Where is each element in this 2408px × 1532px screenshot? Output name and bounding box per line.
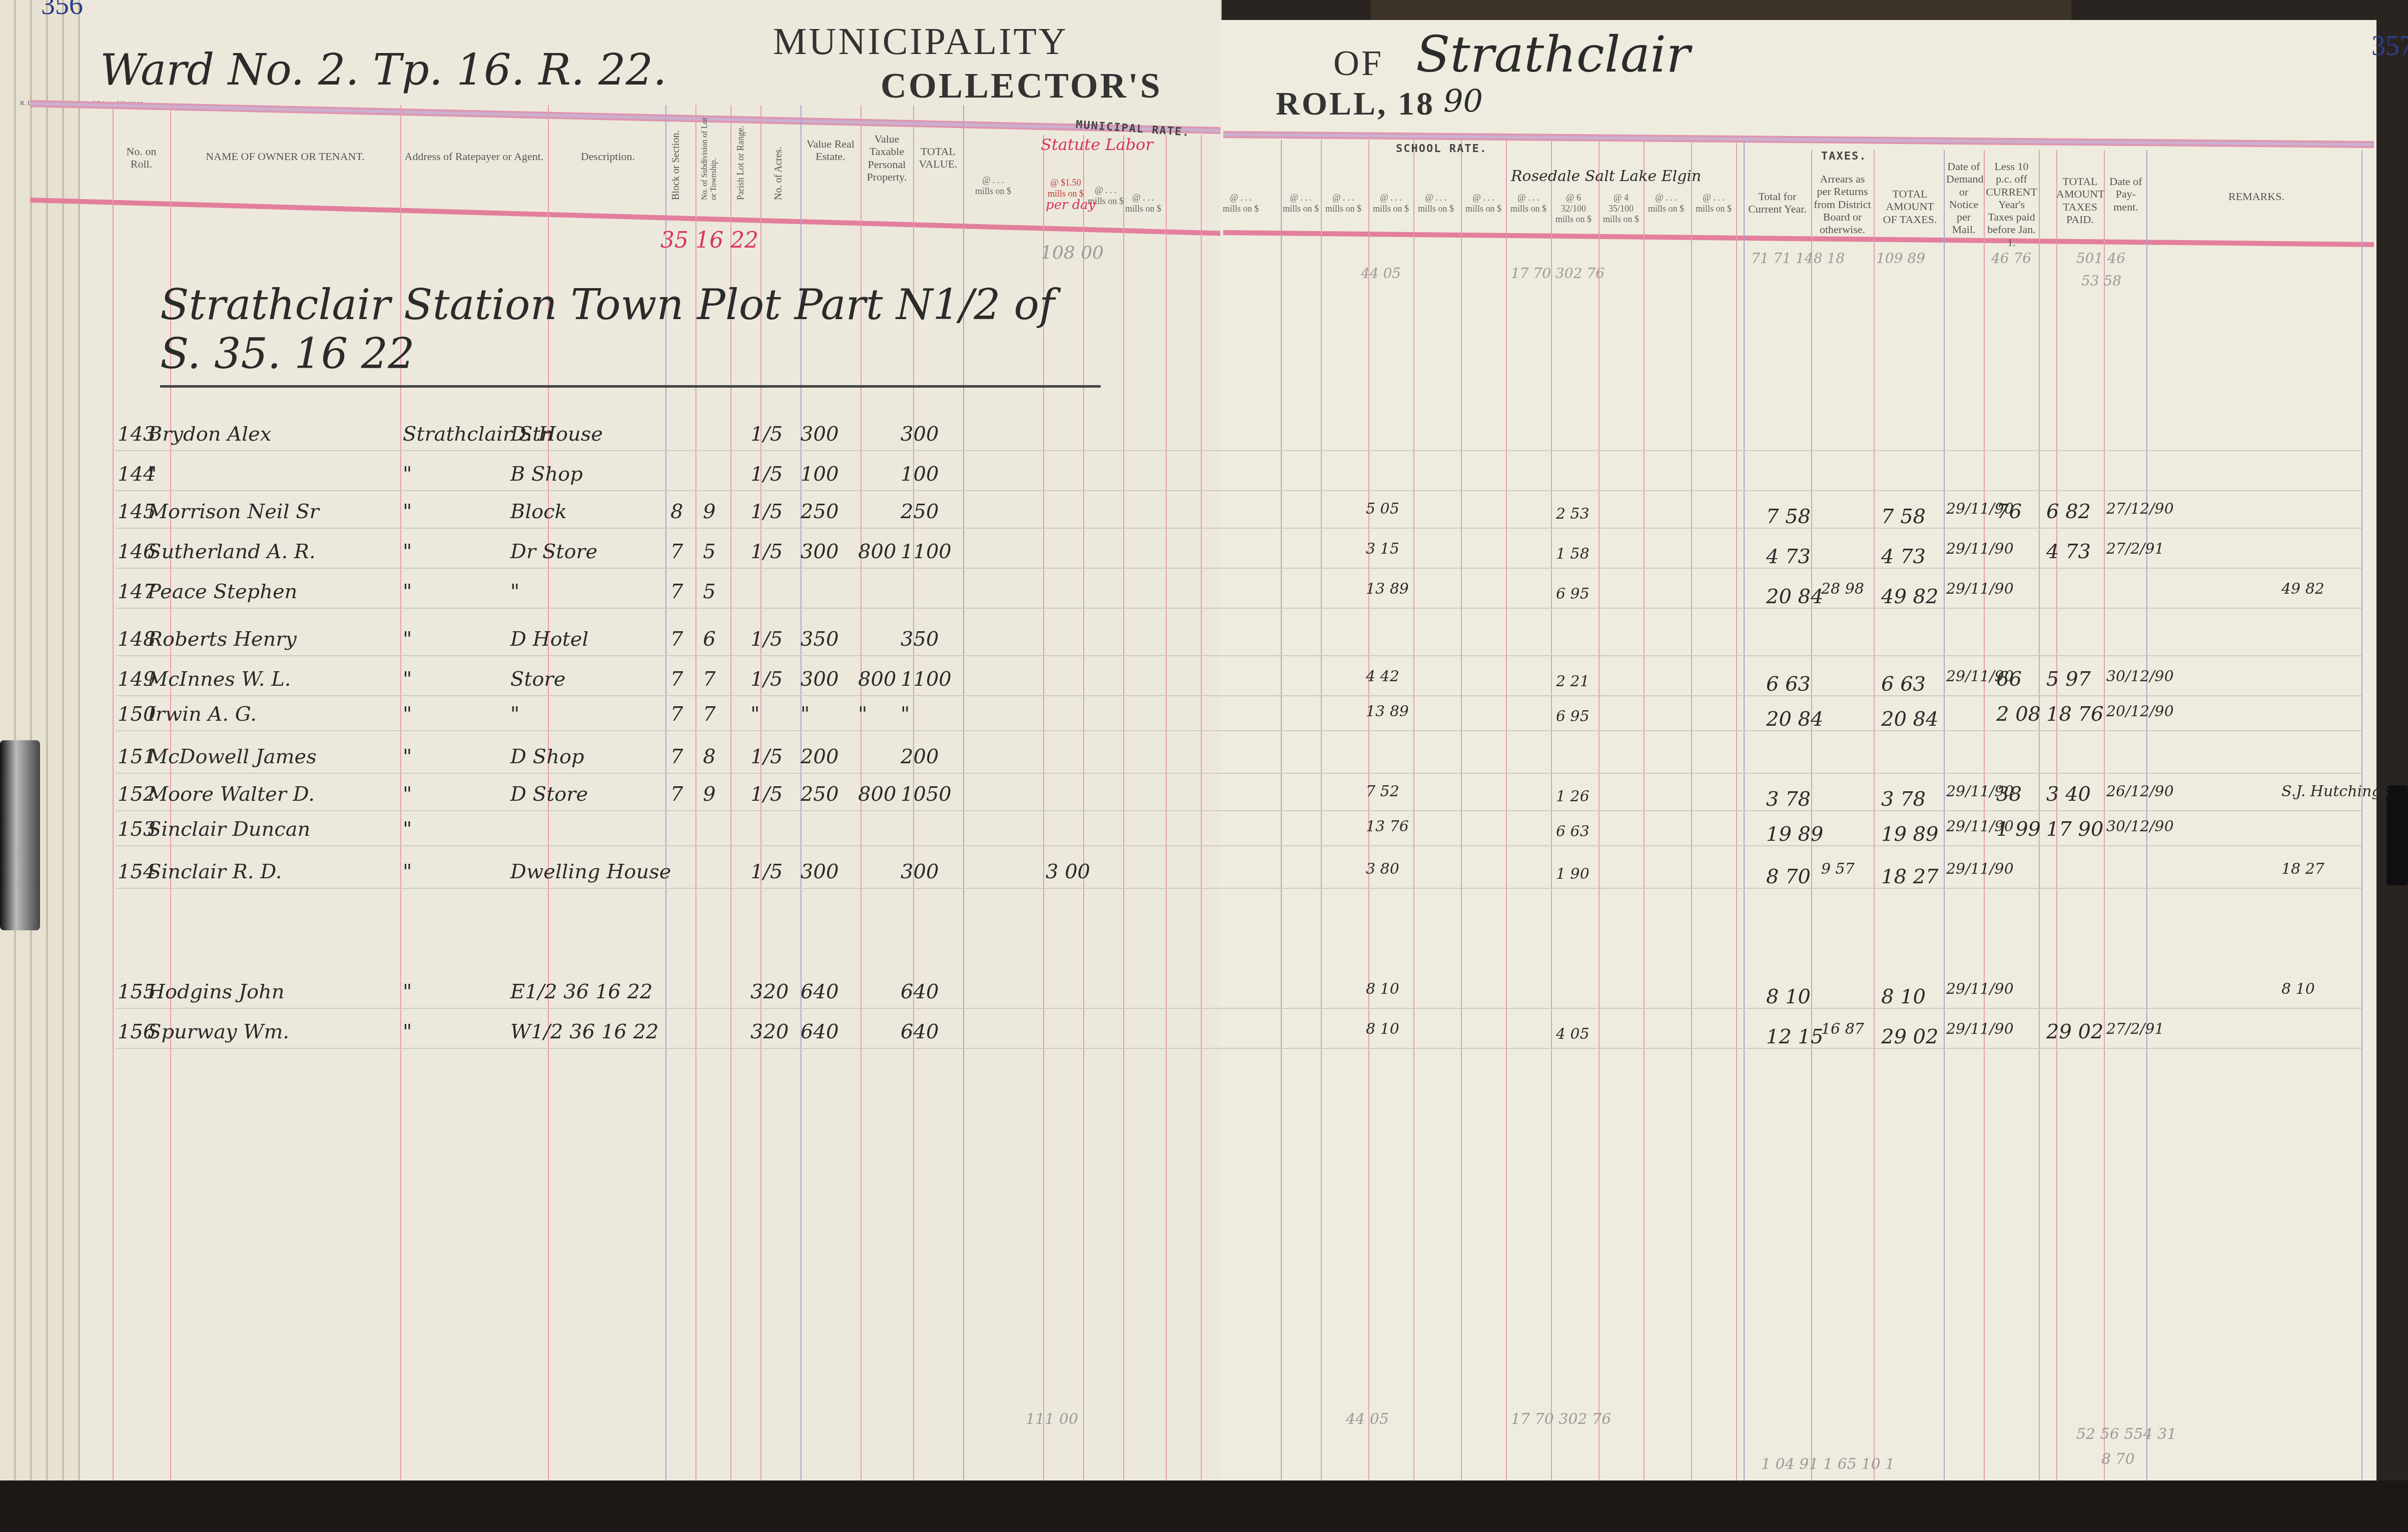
school-rate-amount: 3 15 <box>1366 540 1399 558</box>
acres: 1/5 <box>750 745 782 768</box>
total-amount-taxes: 6 63 <box>1881 673 1926 696</box>
date-of-payment: 27/2/91 <box>2106 1020 2164 1038</box>
total-current-year: 8 70 <box>1766 865 1811 888</box>
pencil-note: 17 70 302 76 <box>1511 265 1604 282</box>
col-divider <box>1166 135 1167 1480</box>
acres: 1/5 <box>750 783 782 806</box>
owner-name: Irwin A. G. <box>148 703 257 726</box>
ratepayer-address: " <box>403 463 412 486</box>
remarks: 8 10 <box>2281 980 2315 998</box>
owner-name: Moore Walter D. <box>148 783 315 806</box>
total-current-year: 7 58 <box>1766 505 1811 528</box>
real-estate-value: 100 <box>800 463 839 486</box>
date-of-demand: 29/11/90 <box>1946 580 2014 598</box>
row-rule <box>115 730 2361 731</box>
total-value: 100 <box>901 463 939 486</box>
col-divider <box>2104 150 2105 1480</box>
arrears: 28 98 <box>1821 580 1864 598</box>
total-current-year: 6 63 <box>1766 673 1811 696</box>
section-ref: 35 16 22 <box>660 228 758 253</box>
block: 7 <box>670 668 683 691</box>
ratepayer-address: " <box>403 703 412 726</box>
school-districts-note: Rosedale Salt Lake Elgin <box>1511 168 1701 185</box>
left-page <box>0 0 1222 1480</box>
acres: 1/5 <box>750 860 782 883</box>
col-header-parish-lot: Parish Lot or Range. <box>735 115 746 200</box>
school-rate-amount-b: 1 90 <box>1556 865 1589 883</box>
total-taxes-paid: 18 76 <box>2046 703 2104 726</box>
col-header-total-paid: TOTAL AMOUNT TAXES PAID. <box>2056 175 2104 226</box>
footer-pencil: 111 00 <box>1026 1410 1078 1428</box>
col-header-personal-property: Value Taxable Personal Property. <box>863 133 911 183</box>
block: 7 <box>670 580 683 603</box>
real-estate-value: 250 <box>800 500 839 523</box>
row-rule <box>115 490 2361 491</box>
col-divider <box>2039 150 2040 1480</box>
total-taxes-paid: 5 97 <box>2046 668 2091 691</box>
col-header-remarks: REMARKS. <box>2151 190 2361 203</box>
total-taxes-paid: 6 82 <box>2046 500 2091 523</box>
acres: 1/5 <box>750 628 782 651</box>
col-divider <box>113 105 114 1480</box>
owner-name: Brydon Alex <box>148 423 271 446</box>
binder-clip-left <box>0 740 40 930</box>
acres: 1/5 <box>750 668 782 691</box>
description: Store <box>510 668 565 691</box>
acres: 1/5 <box>750 463 782 486</box>
description: E1/2 36 16 22 <box>510 980 652 1003</box>
col-header-date-demand: Date of Demand or Notice per Mail. <box>1946 160 1981 236</box>
mills-cell: @ . . . mills on $ <box>973 175 1013 197</box>
date-of-payment: 30/12/90 <box>2106 668 2174 685</box>
ratepayer-address: " <box>403 860 412 883</box>
description: D Hotel <box>510 628 588 651</box>
total-current-year: 20 84 <box>1766 585 1824 608</box>
footer-pencil: 52 56 554 31 <box>2076 1425 2176 1443</box>
owner-name: Sinclair R. D. <box>148 860 282 883</box>
school-rate-amount-b: 6 95 <box>1556 585 1589 603</box>
footer-pencil: 44 05 <box>1346 1410 1389 1428</box>
school-rate-amount-b: 1 26 <box>1556 788 1589 805</box>
ratepayer-address: " <box>403 540 412 563</box>
total-amount-taxes: 49 82 <box>1881 585 1939 608</box>
school-rate-amount-b: 6 95 <box>1556 708 1589 725</box>
col-divider <box>1123 135 1124 1480</box>
school-rate-amount-b: 6 63 <box>1556 823 1589 840</box>
total-value: 200 <box>901 745 939 768</box>
real-estate-value: 300 <box>800 860 839 883</box>
description: " <box>510 703 519 726</box>
less-ten-percent: 1 99 <box>1996 818 2041 841</box>
col-header-date-payment: Date of Pay-ment. <box>2106 175 2145 213</box>
description: W1/2 36 16 22 <box>510 1020 658 1043</box>
owner-name: Hodgins John <box>148 980 285 1003</box>
ward-heading: Ward No. 2. Tp. 16. R. 22. <box>100 45 667 95</box>
binder-clip-right <box>2386 785 2408 885</box>
total-amount-taxes: 7 58 <box>1881 505 1926 528</box>
mills-cell: @ . . . mills on $ <box>1508 193 1548 214</box>
block: 8 <box>670 500 683 523</box>
mills-cell: @ . . . mills on $ <box>1694 193 1734 214</box>
col-divider <box>1811 150 1812 1480</box>
ratepayer-address: " <box>403 500 412 523</box>
arrears: 9 57 <box>1821 860 1855 878</box>
mills-cell: @ 4 35/100 mills on $ <box>1601 193 1641 225</box>
school-rate-amount: 3 80 <box>1366 860 1399 878</box>
real-estate-value: 350 <box>800 628 839 651</box>
block: 7 <box>670 703 683 726</box>
school-rate-amount: 13 89 <box>1366 580 1409 598</box>
description: B Shop <box>510 463 583 486</box>
personal-property-value: 800 <box>858 668 896 691</box>
subdivision: 9 <box>703 783 715 806</box>
col-header-address: Address of Ratepayer or Agent. <box>403 150 545 163</box>
row-rule <box>115 1008 2361 1009</box>
municipality-name: Strathclair <box>1416 25 1690 84</box>
owner-name: Peace Stephen <box>148 580 297 603</box>
right-page-number: 357 <box>2371 30 2408 62</box>
block: 7 <box>670 540 683 563</box>
date-of-demand: 29/11/90 <box>1946 1020 2014 1038</box>
ratepayer-address: " <box>403 818 412 841</box>
mills-cell: @ . . . mills on $ <box>1323 193 1363 214</box>
subdivision: 7 <box>703 703 715 726</box>
date-of-payment: 27/12/90 <box>2106 500 2174 518</box>
remarks: 18 27 <box>2281 860 2324 878</box>
owner-name: Spurway Wm. <box>148 1020 289 1043</box>
table-surface <box>0 1480 2408 1532</box>
ledger-spread: 356 357 Ward No. 2. Tp. 16. R. 22. MUNIC… <box>0 0 2408 1532</box>
col-header-total-amount: TOTAL AMOUNT OF TAXES. <box>1879 188 1941 226</box>
owner-name: Morrison Neil Sr <box>148 500 319 523</box>
col-header-block: Block or Section. <box>670 115 682 200</box>
total-value: 350 <box>901 628 939 651</box>
real-estate-value: 250 <box>800 783 839 806</box>
acres: 1/5 <box>750 423 782 446</box>
row-rule <box>115 528 2361 529</box>
footer-pencil: 1 04 91 1 65 10 1 <box>1761 1455 1895 1473</box>
total-current-year: 3 78 <box>1766 788 1811 811</box>
col-header-less-10pc: Less 10 p.c. off CURRENT Year's Taxes pa… <box>1985 160 2038 249</box>
mills-cell: @ 6 32/100 mills on $ <box>1553 193 1593 225</box>
row-rule <box>115 608 2361 609</box>
col-divider <box>1201 135 1202 1480</box>
municipal-rate-amount: 3 00 <box>1046 860 1090 883</box>
footer-pencil: 8 70 <box>2101 1450 2135 1468</box>
col-header-subdivision: No. of Subdivision of Lot or Township. <box>700 115 718 200</box>
total-value: 300 <box>901 860 939 883</box>
mills-cell: @ . . . mills on $ <box>1371 193 1411 214</box>
total-amount-taxes: 29 02 <box>1881 1025 1939 1048</box>
row-rule <box>115 773 2361 774</box>
description: Block <box>510 500 567 523</box>
total-taxes-paid: 29 02 <box>2046 1020 2104 1043</box>
date-of-payment: 26/12/90 <box>2106 783 2174 800</box>
col-header-total-value: TOTAL VALUE. <box>916 145 961 171</box>
personal-property-value: " <box>858 703 867 726</box>
total-value: 1100 <box>901 668 952 691</box>
school-rate-amount: 4 42 <box>1366 668 1399 685</box>
total-amount-taxes: 3 78 <box>1881 788 1926 811</box>
total-current-year: 8 10 <box>1766 985 1811 1008</box>
col-header-arrears: Arrears as per Returns from District Boa… <box>1814 173 1871 236</box>
school-rate-amount: 8 10 <box>1366 1020 1399 1038</box>
ratepayer-address: " <box>403 668 412 691</box>
mills-cell: @ . . . mills on $ <box>1416 193 1456 214</box>
total-value: 1100 <box>901 540 952 563</box>
col-divider <box>1874 150 1875 1480</box>
school-rate-amount-b: 2 53 <box>1556 505 1589 523</box>
subdivision: 5 <box>703 540 715 563</box>
date-of-payment: 30/12/90 <box>2106 818 2174 835</box>
taxes-header: TAXES. <box>1821 150 1867 163</box>
subdivision: 8 <box>703 745 715 768</box>
pencil-note: 44 05 <box>1361 265 1401 282</box>
title-roll: ROLL, 18 <box>1276 85 1435 123</box>
col-header-no-on-roll: No. on Roll. <box>118 145 165 171</box>
personal-property-value: 800 <box>858 540 896 563</box>
total-value: 1050 <box>901 783 952 806</box>
date-of-demand: 29/11/90 <box>1946 860 2014 878</box>
col-header-description: Description. <box>555 150 660 163</box>
subdivision: 6 <box>703 628 715 651</box>
total-amount-taxes: 19 89 <box>1881 823 1939 846</box>
mills-cell: @ $1.50 mills on $ <box>1046 178 1086 199</box>
col-divider <box>2056 150 2057 1480</box>
block: 7 <box>670 745 683 768</box>
pencil-note: 501 46 <box>2076 250 2125 267</box>
description: Dwelling House <box>510 860 671 883</box>
row-rule <box>115 888 2361 889</box>
ratepayer-address: " <box>403 980 412 1003</box>
col-divider <box>2146 150 2147 1480</box>
col-header-acres: No. of Acres. <box>773 130 784 200</box>
row-rule <box>115 450 2361 451</box>
statute-labor-note: Statute Labor <box>1041 135 1153 154</box>
row-rule <box>115 845 2361 846</box>
col-header-name: NAME OF OWNER OR TENANT. <box>180 150 390 163</box>
title-collectors: COLLECTOR'S <box>881 65 1162 107</box>
ratepayer-address: " <box>403 580 412 603</box>
remarks: 49 82 <box>2281 580 2324 598</box>
title-municipality: MUNICIPALITY <box>773 20 1068 64</box>
row-rule <box>115 655 2361 656</box>
acres: 1/5 <box>750 540 782 563</box>
school-rate-amount: 5 05 <box>1366 500 1399 518</box>
col-divider <box>2361 150 2362 1480</box>
personal-property-value: 800 <box>858 783 896 806</box>
total-value: 300 <box>901 423 939 446</box>
school-rate-amount: 13 76 <box>1366 818 1409 835</box>
total-value: 250 <box>901 500 939 523</box>
total-value: 640 <box>901 1020 939 1043</box>
description: D Shop <box>510 745 584 768</box>
less-ten-percent: 2 08 <box>1996 703 2041 726</box>
block: 7 <box>670 783 683 806</box>
total-current-year: 20 84 <box>1766 708 1824 731</box>
mills-cell: @ . . . mills on $ <box>1646 193 1686 214</box>
pencil-note: 109 89 <box>1876 250 1925 267</box>
total-current-year: 19 89 <box>1766 823 1824 846</box>
description: D Store <box>510 783 588 806</box>
school-rate-amount: 8 10 <box>1366 980 1399 998</box>
acres: 320 <box>750 1020 788 1043</box>
date-of-demand: 29/11/90 <box>1946 980 2014 998</box>
total-amount-taxes: 18 27 <box>1881 865 1939 888</box>
real-estate-value: 200 <box>800 745 839 768</box>
acres: 1/5 <box>750 500 782 523</box>
owner-name: Sutherland A. R. <box>148 540 316 563</box>
school-rate-header: SCHOOL RATE. <box>1396 143 1487 155</box>
col-divider <box>1944 150 1945 1480</box>
subdivision: 9 <box>703 500 715 523</box>
total-taxes-paid: 17 90 <box>2046 818 2104 841</box>
total-amount-taxes: 8 10 <box>1881 985 1926 1008</box>
pencil-note: 46 76 <box>1991 250 2031 267</box>
roll-year: 90 <box>1443 83 1483 119</box>
mills-cell: @ . . . mills on $ <box>1281 193 1321 214</box>
pencil-total: 108 00 <box>1041 243 1104 263</box>
row-rule <box>115 568 2361 569</box>
arrears: 16 87 <box>1821 1020 1864 1038</box>
school-rate-amount-b: 4 05 <box>1556 1025 1589 1043</box>
block: 7 <box>670 628 683 651</box>
school-rate-amount: 13 89 <box>1366 703 1409 720</box>
book-spine <box>1371 0 2071 20</box>
col-header-real-estate: Value Real Estate. <box>806 138 856 163</box>
date-of-payment: 20/12/90 <box>2106 703 2174 720</box>
less-ten-percent: 76 <box>1996 500 2022 523</box>
real-estate-value: 640 <box>800 1020 839 1043</box>
per-day-note: per day <box>1046 198 1096 213</box>
owner-name: McDowell James <box>148 745 317 768</box>
total-amount-taxes: 20 84 <box>1881 708 1939 731</box>
acres: 320 <box>750 980 788 1003</box>
title-of: OF <box>1333 43 1383 84</box>
less-ten-percent: 38 <box>1996 783 2022 806</box>
owner-name: " <box>148 463 157 486</box>
owner-name: Roberts Henry <box>148 628 297 651</box>
total-current-year: 4 73 <box>1766 545 1811 568</box>
date-of-demand: 29/11/90 <box>1946 540 2014 558</box>
school-rate-amount-b: 1 58 <box>1556 545 1589 563</box>
real-estate-value: 640 <box>800 980 839 1003</box>
row-rule <box>115 1048 2361 1049</box>
owner-name: McInnes W. L. <box>148 668 291 691</box>
real-estate-value: 300 <box>800 423 839 446</box>
real-estate-value: 300 <box>800 668 839 691</box>
school-rate-amount-b: 2 21 <box>1556 673 1589 690</box>
total-current-year: 12 15 <box>1766 1025 1824 1048</box>
real-estate-value: " <box>800 703 810 726</box>
ratepayer-address: " <box>403 628 412 651</box>
mills-cell: @ . . . mills on $ <box>1463 193 1503 214</box>
row-rule <box>115 810 2361 811</box>
description: Dr Store <box>510 540 597 563</box>
footer-pencil: 17 70 302 76 <box>1511 1410 1611 1428</box>
school-rate-amount: 7 52 <box>1366 783 1399 800</box>
ratepayer-address: " <box>403 1020 412 1043</box>
description: D. House <box>510 423 603 446</box>
mills-cell: @ . . . mills on $ <box>1123 193 1163 214</box>
remarks: S.J. Hutchings <box>2281 783 2389 800</box>
owner-name: Sinclair Duncan <box>148 818 310 841</box>
real-estate-value: 300 <box>800 540 839 563</box>
total-taxes-paid: 3 40 <box>2046 783 2091 806</box>
pencil-note: 53 58 <box>2081 273 2121 289</box>
total-taxes-paid: 4 73 <box>2046 540 2091 563</box>
col-header-total-current: Total for Current Year. <box>1746 190 1809 216</box>
date-of-payment: 27/2/91 <box>2106 540 2164 558</box>
left-page-number: 356 <box>41 0 83 21</box>
ratepayer-address: " <box>403 745 412 768</box>
total-value: 640 <box>901 980 939 1003</box>
subdivision: 7 <box>703 668 715 691</box>
mills-cell: @ . . . mills on $ <box>1221 193 1261 214</box>
ratepayer-address: " <box>403 783 412 806</box>
section-heading: Strathclair Station Town Plot Part N1/2 … <box>160 280 1101 388</box>
total-value: " <box>901 703 910 726</box>
less-ten-percent: 66 <box>1996 668 2022 691</box>
acres: " <box>750 703 759 726</box>
total-amount-taxes: 4 73 <box>1881 545 1926 568</box>
subdivision: 5 <box>703 580 715 603</box>
pencil-note: 71 71 148 18 <box>1751 250 1845 267</box>
description: " <box>510 580 519 603</box>
row-rule <box>115 695 2361 696</box>
col-divider <box>1984 150 1985 1480</box>
